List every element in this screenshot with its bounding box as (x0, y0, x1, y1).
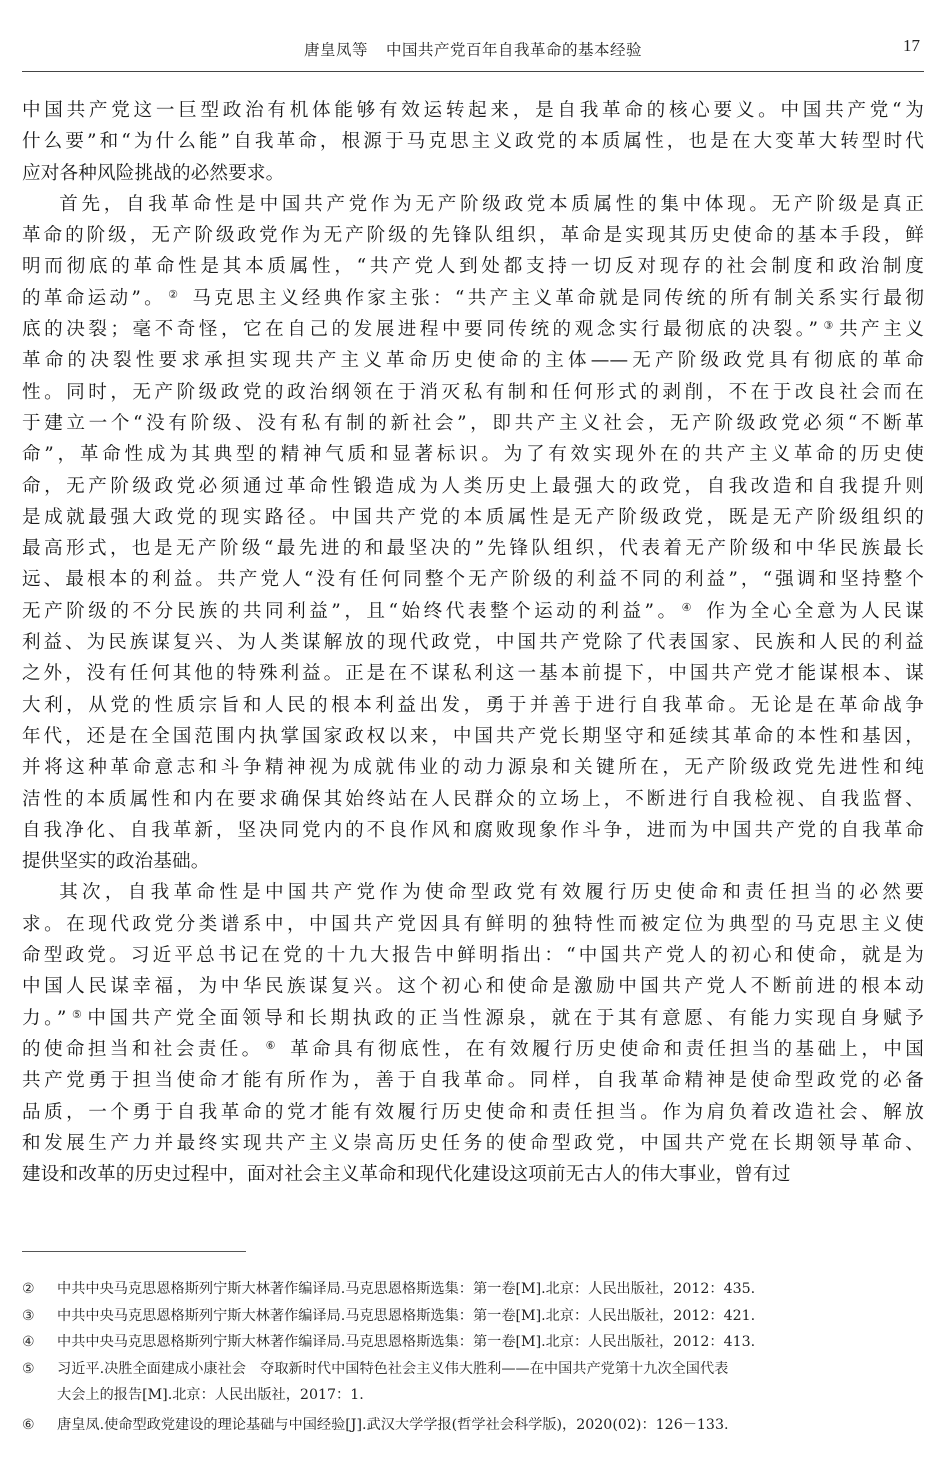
footnote-marker: ④ (22, 1329, 42, 1356)
footnote: ⑥唐皇凤.使命型政党建设的理论基础与中国经验[J].武汉大学学报(哲学社会科学版… (22, 1412, 924, 1439)
page-number: 17 (903, 36, 920, 56)
header-rule (22, 71, 924, 72)
text-line: 性。同时，无产阶级政党的政治纲领在于消灭私有制和任何形式的剥削，不在于改良社会而… (22, 377, 924, 408)
footnote-reference[interactable]: ② (168, 288, 181, 301)
article-body: 中国共产党这一巨型政治有机体能够有效运转起来，是自我革命的核心要义。中国共产党“… (22, 95, 924, 1190)
text-line: 命型政党。习近平总书记在党的十九大报告中鲜明指出：“中国共产党人的初心和使命，就… (22, 940, 924, 971)
running-title: 唐皇凤等中国共产党百年自我革命的基本经验 (22, 38, 924, 60)
footnote-line: 大会上的报告[M].北京：人民出版社，2017：1. (57, 1382, 924, 1409)
text-line: 大利，从党的性质宗旨和人民的根本利益出发，勇于并善于进行自我革命。无论是在革命战… (22, 690, 924, 721)
text-line: 革命的阶级，无产阶级政党作为无产阶级的先锋队组织，革命是实现其历史使命的基本手段… (22, 220, 924, 251)
footnote-marker: ⑥ (22, 1412, 42, 1439)
footnote-line: 中共中央马克思恩格斯列宁斯大林著作编译局.马克思恩格斯选集：第一卷[M].北京：… (57, 1303, 924, 1330)
footnote: ②中共中央马克思恩格斯列宁斯大林著作编译局.马克思恩格斯选集：第一卷[M].北京… (22, 1276, 924, 1303)
footnote-reference[interactable]: ③ (820, 319, 837, 332)
text-line: 建设和改革的历史过程中，面对社会主义革命和现代化建设这项前无古人的伟大事业，曾有… (22, 1159, 924, 1190)
running-header: 唐皇凤等中国共产党百年自我革命的基本经验 17 (22, 36, 924, 64)
footnote-rule (22, 1251, 246, 1252)
text-line: 中国人民谋幸福，为中华民族谋复兴。这个初心和使命是激励中国共产党人不断前进的根本… (22, 971, 924, 1002)
footnote-reference[interactable]: ⑥ (266, 1039, 279, 1052)
text-line: 提供坚实的政治基础。 (22, 846, 924, 877)
footnote-text: 中共中央马克思恩格斯列宁斯大林著作编译局.马克思恩格斯选集：第一卷[M].北京：… (57, 1276, 924, 1303)
text-line: 首先，自我革命性是中国共产党作为无产阶级政党本质属性的集中体现。无产阶级是真正 (22, 189, 924, 220)
paragraph: 首先，自我革命性是中国共产党作为无产阶级政党本质属性的集中体现。无产阶级是真正革… (22, 189, 924, 878)
footnote-line: 中共中央马克思恩格斯列宁斯大林著作编译局.马克思恩格斯选集：第一卷[M].北京：… (57, 1276, 924, 1303)
text-line: 力。”⑤中国共产党全面领导和长期执政的正当性源泉，就在于其有意愿、有能力实现自身… (22, 1003, 924, 1034)
footnote: ③中共中央马克思恩格斯列宁斯大林著作编译局.马克思恩格斯选集：第一卷[M].北京… (22, 1303, 924, 1330)
text-line: 并将这种革命意志和斗争精神视为成就伟业的动力源泉和关键所在，无产阶级政党先进性和… (22, 752, 924, 783)
text-line: 和发展生产力并最终实现共产主义崇高历史任务的使命型政党，中国共产党在长期领导革命… (22, 1128, 924, 1159)
footnote-reference[interactable]: ④ (682, 601, 695, 614)
text-line: 年代，还是在全国范围内执掌国家政权以来，中国共产党长期坚守和延续其革命的本性和基… (22, 721, 924, 752)
text-line: 远、最根本的利益。共产党人“没有任何同整个无产阶级的利益不同的利益”，“强调和坚… (22, 564, 924, 595)
text-line: 的革命运动”。② 马克思主义经典作家主张：“共产主义革命就是同传统的所有制关系实… (22, 283, 924, 314)
footnote-text: 中共中央马克思恩格斯列宁斯大林著作编译局.马克思恩格斯选集：第一卷[M].北京：… (57, 1303, 924, 1330)
footnote-marker: ⑤ (22, 1356, 42, 1383)
text-line: 最高形式，也是无产阶级“最先进的和最坚决的”先锋队组织，代表着无产阶级和中华民族… (22, 533, 924, 564)
footnote-line: 唐皇凤.使命型政党建设的理论基础与中国经验[J].武汉大学学报(哲学社会科学版)… (57, 1412, 924, 1439)
header-article-title: 中国共产党百年自我革命的基本经验 (386, 41, 642, 59)
text-line: 洁性的本质属性和内在要求确保其始终站在人民群众的立场上，不断进行自我检视、自我监… (22, 784, 924, 815)
text-line: 自我净化、自我革新，坚决同党内的不良作风和腐败现象作斗争，进而为中国共产党的自我… (22, 815, 924, 846)
footnote-line: 习近平.决胜全面建成小康社会 夺取新时代中国特色社会主义伟大胜利——在中国共产党… (57, 1356, 924, 1383)
text-line: 是成就最强大政党的现实路径。中国共产党的本质属性是无产阶级政党，既是无产阶级组织… (22, 502, 924, 533)
text-line: 什么要”和“为什么能”自我革命，根源于马克思主义政党的本质属性，也是在大变革大转… (22, 126, 924, 157)
text-line: 无产阶级的不分民族的共同利益”，且“始终代表整个运动的利益”。④ 作为全心全意为… (22, 596, 924, 627)
text-line: 底的决裂；毫不奇怪，它在自己的发展进程中要同传统的观念实行最彻底的决裂。”③共产… (22, 314, 924, 345)
text-line: 革命的决裂性要求承担实现共产主义革命历史使命的主体——无产阶级政党具有彻底的革命 (22, 345, 924, 376)
text-line: 中国共产党这一巨型政治有机体能够有效运转起来，是自我革命的核心要义。中国共产党“… (22, 95, 924, 126)
text-line: 于建立一个“没有阶级、没有私有制的新社会”，即共产主义社会，无产阶级政党必须“不… (22, 408, 924, 439)
text-line: 应对各种风险挑战的必然要求。 (22, 158, 924, 189)
footnote-marker: ② (22, 1276, 42, 1303)
text-line: 的使命担当和社会责任。⑥ 革命具有彻底性，在有效履行历史使命和责任担当的基础上，… (22, 1034, 924, 1065)
text-line: 明而彻底的革命性是其本质属性，“共产党人到处都支持一切反对现存的社会制度和政治制… (22, 251, 924, 282)
header-author: 唐皇凤等 (304, 41, 368, 59)
text-line: 共产党勇于担当使命才能有所作为，善于自我革命。同样，自我革命精神是使命型政党的必… (22, 1065, 924, 1096)
footnote-reference[interactable]: ⑤ (69, 1008, 86, 1021)
text-line: 之外，没有任何其他的特殊利益。正是在不谋私利这一基本前提下，中国共产党才能谋根本… (22, 658, 924, 689)
text-line: 命，无产阶级政党必须通过革命性锻造成为人类历史上最强大的政党，自我改造和自我提升… (22, 471, 924, 502)
footnote-text: 唐皇凤.使命型政党建设的理论基础与中国经验[J].武汉大学学报(哲学社会科学版)… (57, 1412, 924, 1439)
paragraph: 其次，自我革命性是中国共产党作为使命型政党有效履行历史使命和责任担当的必然要求。… (22, 877, 924, 1190)
text-line: 品质，一个勇于自我革命的党才能有效履行历史使命和责任担当。作为肩负着改造社会、解… (22, 1097, 924, 1128)
text-line: 其次，自我革命性是中国共产党作为使命型政党有效履行历史使命和责任担当的必然要 (22, 877, 924, 908)
text-line: 求。在现代政党分类谱系中，中国共产党因具有鲜明的独特性而被定位为典型的马克思主义… (22, 909, 924, 940)
paragraph: 中国共产党这一巨型政治有机体能够有效运转起来，是自我革命的核心要义。中国共产党“… (22, 95, 924, 189)
footnote-line: 中共中央马克思恩格斯列宁斯大林著作编译局.马克思恩格斯选集：第一卷[M].北京：… (57, 1329, 924, 1356)
text-line: 命”，革命性成为其典型的精神气质和显著标识。为了有效实现外在的共产主义革命的历史… (22, 439, 924, 470)
footnote-text: 习近平.决胜全面建成小康社会 夺取新时代中国特色社会主义伟大胜利——在中国共产党… (57, 1356, 924, 1409)
text-line: 利益、为民族谋复兴、为人类谋解放的现代政党，中国共产党除了代表国家、民族和人民的… (22, 627, 924, 658)
footnote: ⑤习近平.决胜全面建成小康社会 夺取新时代中国特色社会主义伟大胜利——在中国共产… (22, 1356, 924, 1409)
footnote-text: 中共中央马克思恩格斯列宁斯大林著作编译局.马克思恩格斯选集：第一卷[M].北京：… (57, 1329, 924, 1356)
footnote: ④中共中央马克思恩格斯列宁斯大林著作编译局.马克思恩格斯选集：第一卷[M].北京… (22, 1329, 924, 1356)
footnote-marker: ③ (22, 1303, 42, 1330)
footnotes: ②中共中央马克思恩格斯列宁斯大林著作编译局.马克思恩格斯选集：第一卷[M].北京… (22, 1276, 924, 1438)
